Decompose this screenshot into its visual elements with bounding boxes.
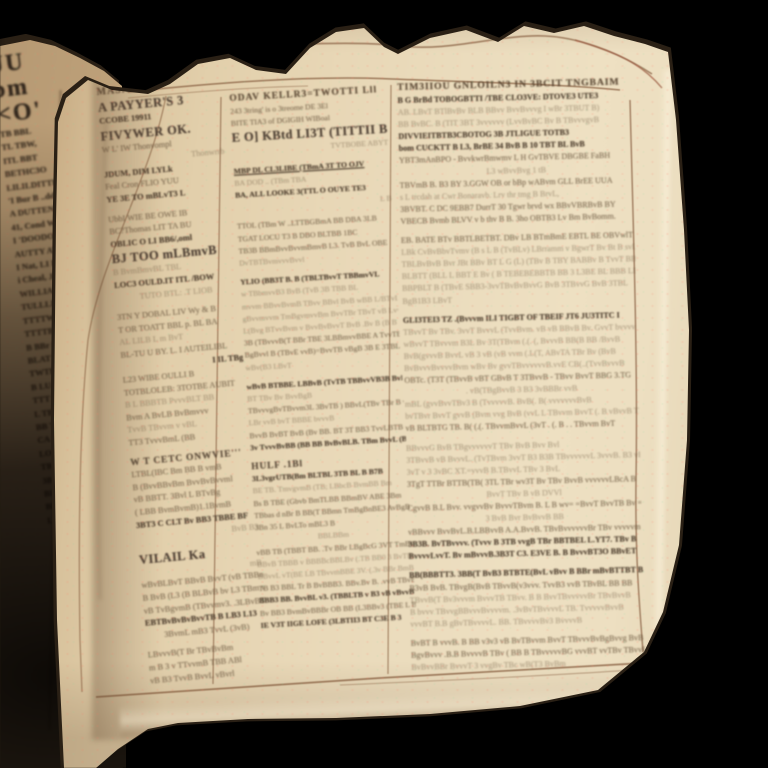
main-page: MAS.CIIEY A PAYYER'S 3CCOBE 19911FIVYWER…: [0, 0, 768, 768]
gutter-fold-shading: [92, 60, 162, 740]
column-right-lines: B G BrBd TOBOGBTTI /TBE CLO3VE: DTOVE3 U…: [397, 89, 645, 672]
newspaper-photo: JUɔm<O' TB BBLTL TBW,ITL BBTBETHC3OLILIL…: [0, 0, 768, 768]
column-middle-lines: 243 3tring' is o 3treome DE 3ElBITE TIA3…: [230, 97, 417, 632]
column-right: TIM3IIOU GNLOILN3 IN 3BCIT TNGBAIM B G B…: [397, 74, 645, 672]
